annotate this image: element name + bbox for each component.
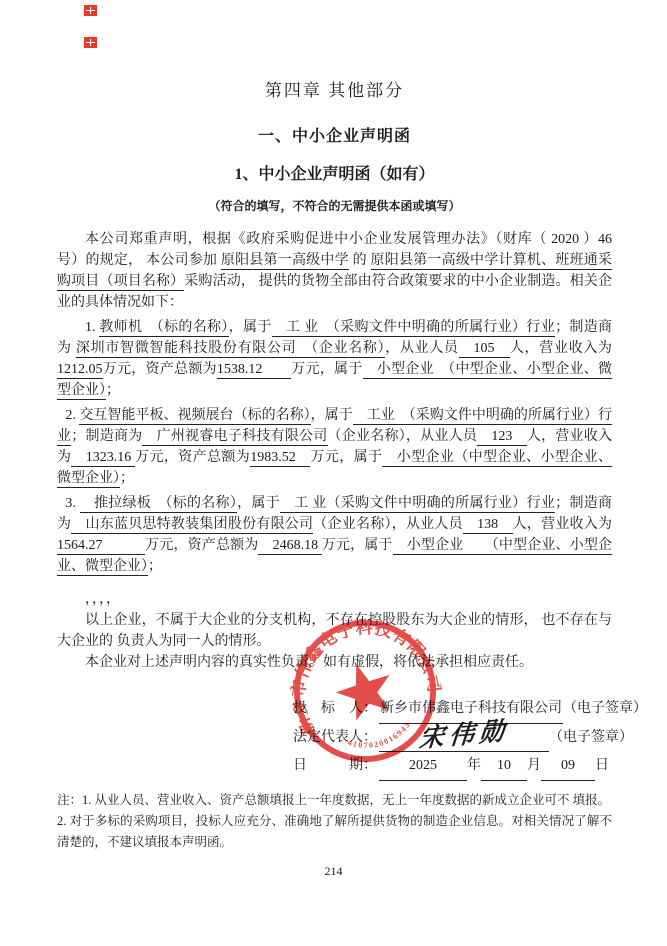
filled-blank: 推拉绿板 （标的名称） [80, 496, 237, 513]
filled-blank: 1323.16 [71, 450, 135, 467]
filled-blank: 工 业（采购文件中明确的所属行业）行业 [280, 496, 555, 513]
page-number: 214 [0, 864, 667, 879]
static-text: 万元，资产总额为 [103, 362, 217, 377]
section-title: 一、中小企业声明函 [57, 123, 612, 146]
day-char: 日 [595, 758, 609, 773]
signature-block: 投 标 人：新乡市伟鑫电子科技有限公司（电子签章） 法定代表人：宋伟勋（电子签章… [57, 695, 612, 781]
static-text: ； [106, 383, 120, 398]
static-text: 万元，资产总额为 [135, 450, 250, 465]
month-char: 月 [527, 758, 541, 773]
filled-blank: 广州视睿电子科技有限公司 [142, 429, 327, 446]
date-month-blank: 10 [481, 752, 527, 781]
chapter-title: 第四章 其他部分 [57, 76, 612, 101]
static-text: 3. [65, 496, 79, 511]
filled-blank: 交互智能平板、视频展台（标的名称） [79, 408, 310, 425]
static-text: 2. [65, 408, 79, 423]
legal-rep-signature-blank: 宋伟勋 [379, 724, 549, 752]
static-text: （企业名称），从业人员 [328, 429, 478, 444]
filled-blank: 1538.12 [217, 362, 291, 379]
static-text: 人，营业收入为 [513, 517, 612, 532]
static-text: 万元，属于 [310, 450, 382, 465]
handwritten-signature: 宋伟勋 [418, 718, 510, 754]
enterprise-item-1: 1. 教师机 （标的名称），属于 工 业 （采购文件中明确的所属行业）行业；制造… [57, 317, 612, 401]
date-day-blank: 09 [541, 752, 595, 781]
filled-blank: 1564.27 [57, 538, 145, 555]
filled-blank: 工 业 （采购文件中明确的所属行业）行业 [272, 320, 555, 337]
closing-paragraph-2: 本企业对上述声明内容的真实性负责。如有虚假，将依法承担相应责任。 [57, 652, 612, 673]
filled-blank: 1212.05 [57, 362, 103, 379]
year-char: 年 [467, 758, 481, 773]
date-year-blank: 2025 [379, 752, 467, 781]
bidder-label: 投 标 人： [293, 695, 379, 723]
date-label: 日 期： [293, 752, 379, 780]
document-page: 第四章 其他部分 一、中小企业声明函 1、中小企业声明函（如有） （符合的填写，… [0, 0, 667, 946]
document-content: 第四章 其他部分 一、中小企业声明函 1、中小企业声明函（如有） （符合的填写，… [57, 0, 612, 853]
static-text: 人，营业收入为 [510, 341, 612, 356]
enterprise-item-3: 3. 推拉绿板 （标的名称），属于 工 业（采购文件中明确的所属行业）行业；制造… [57, 493, 612, 577]
static-text: 万元，资产总额为 [145, 538, 258, 553]
esign-suffix: （电子签章） [549, 730, 633, 745]
static-text: 万元，属于 [291, 362, 362, 377]
filled-blank: 教师机 （标的名称） [99, 320, 228, 337]
filled-blank: 原阳县第一高级中学 [221, 253, 349, 270]
legal-rep-label: 法定代表人： [293, 724, 379, 752]
legal-rep-row: 法定代表人：宋伟勋（电子签章） [293, 724, 612, 752]
static-text: ； [148, 559, 162, 574]
filled-blank: 2468.18 [258, 538, 321, 555]
filled-blank: 138 [463, 517, 513, 534]
static-text: ； [120, 471, 134, 486]
date-row: 日 期：2025年10月09日 [293, 752, 612, 781]
bidder-name-blank: 新乡市伟鑫电子科技有限公司 [379, 695, 563, 724]
static-text: ，属于 [237, 496, 280, 511]
footnotes: 注：1. 从业人员、营业收入、资产总额填报上一年度数据，无上一年度数据的新成立企… [57, 790, 612, 853]
enterprise-item-2: 2. 交互智能平板、视频展台（标的名称），属于 工业 （采购文件中明确的所属行业… [57, 405, 612, 489]
static-text: 的 [349, 253, 371, 268]
subsection-title: 1、中小企业声明函（如有） [57, 161, 612, 184]
static-text: ，从业人员 [385, 341, 459, 356]
esign-suffix: （电子签章） [563, 701, 647, 716]
filled-blank: 1983.52 [250, 450, 310, 467]
static-text: ；制造商为 [71, 429, 142, 444]
filled-blank: 105 [459, 341, 510, 358]
footnote-2: 2. 对于多标的采购项目，投标人应充分、准确地了解所提供货物的制造企业信息。对相… [57, 811, 612, 853]
static-text: ，属于 [311, 408, 353, 423]
filled-blank: 山东蓝贝思特教装集团股份有限公司 [71, 517, 313, 534]
static-text: 1. [85, 320, 99, 335]
static-text: 万元，属于 [322, 538, 393, 553]
filled-blank: 123 [477, 429, 527, 446]
declaration-intro: 本公司郑重声明，根据《政府采购促进中小企业发展管理办法》（财库（ 2020 ）4… [57, 229, 612, 313]
footnote-1: 注：1. 从业人员、营业收入、资产总额填报上一年度数据，无上一年度数据的新成立企… [57, 790, 612, 811]
static-text: ，属于 [229, 320, 272, 335]
quotes-line: ，，，， [57, 589, 612, 610]
closing-paragraph-1: 以上企业，不属于大企业的分支机构，不存在控股股东为大企业的情形， 也不存在与大企… [57, 610, 612, 652]
bidder-row: 投 标 人：新乡市伟鑫电子科技有限公司（电子签章） [293, 695, 612, 724]
static-text: （企业名称），从业人员 [313, 517, 463, 532]
declaration-body: 本公司郑重声明，根据《政府采购促进中小企业发展管理办法》（财库（ 2020 ）4… [57, 229, 612, 673]
filled-blank: 深圳市智微智能科技股份有限公司 （企业名称） [76, 341, 385, 358]
fill-instruction-note: （符合的填写，不符合的无需提供本函或填写） [57, 197, 612, 214]
